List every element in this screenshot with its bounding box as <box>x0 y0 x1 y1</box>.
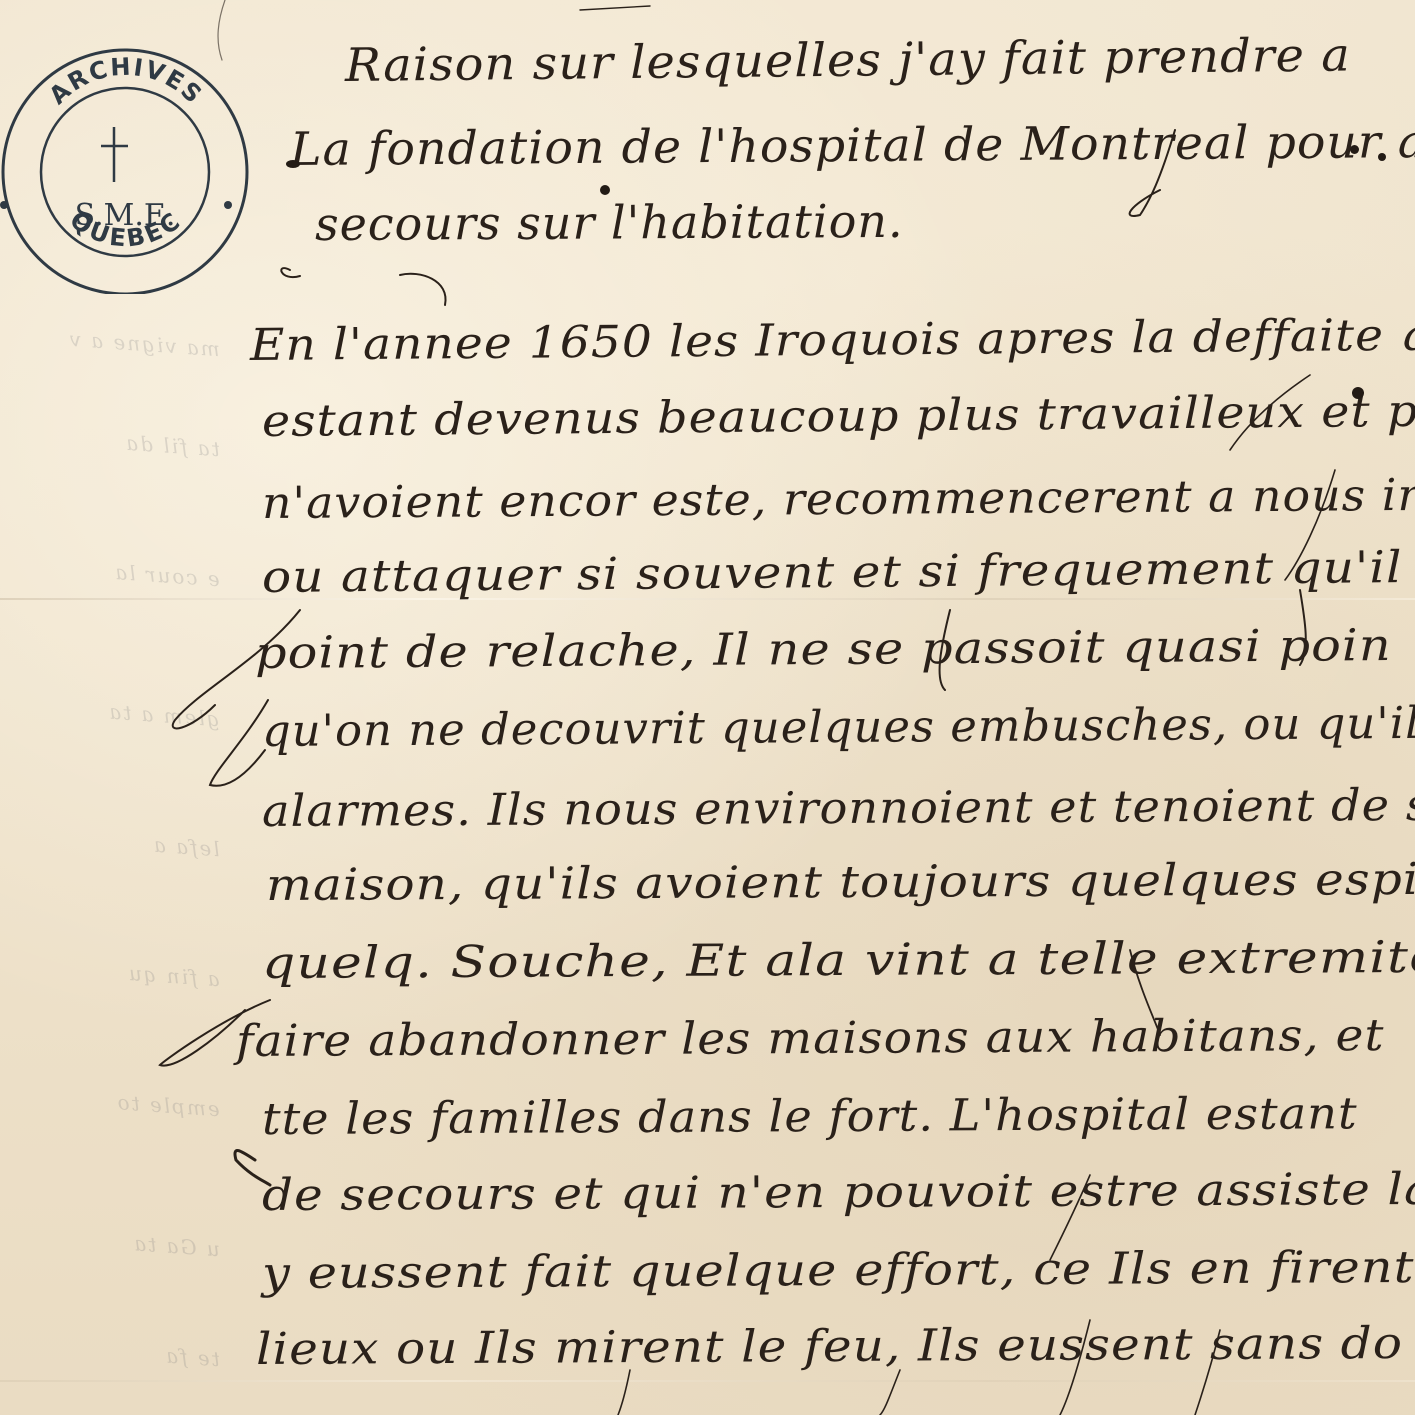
svg-text:ARCHIVES: ARCHIVES <box>44 53 209 110</box>
body-line-10: faire abandonner les maisons aux habitan… <box>236 1010 1385 1067</box>
bleed-through-text: u Ga ta <box>9 1223 220 1262</box>
cross-icon <box>101 127 128 182</box>
title-line-3: secours sur l'habitation. <box>315 194 904 251</box>
body-line-9: quelq. Souche, Et ala vint a telle extre… <box>262 932 1415 989</box>
body-line-2: estant devenus beaucoup plus travailleux… <box>262 385 1415 447</box>
manuscript-page: ma vigne a v ta fil da e cour la glem a … <box>0 0 1415 1415</box>
body-line-3: n'avoient encor este, recommencerent a n… <box>262 469 1415 529</box>
title-line-1: Raison sur lesquelles j'ay fait prendre … <box>345 27 1351 92</box>
body-line-6: qu'on ne decouvrit quelques embusches, o… <box>262 698 1415 757</box>
bleed-through-text: te fa <box>9 1333 220 1372</box>
ink-blot <box>1378 153 1386 161</box>
title-line-2: La fondation de l'hospital de Montreal p… <box>290 114 1415 176</box>
bleed-through-text: ma vigne a v <box>9 323 220 362</box>
body-line-8: maison, qu'ils avoient toujours quelques… <box>266 853 1415 911</box>
ink-blot <box>600 185 610 195</box>
bleed-through-text: glem a ta <box>9 693 220 732</box>
bleed-through-text: ta fil da <box>9 423 220 462</box>
ink-blot <box>1352 387 1364 399</box>
bleed-through-text: e cour la <box>9 553 220 592</box>
body-line-13: y eussent fait quelque effort, ce Ils en… <box>262 1242 1415 1299</box>
body-line-5: point de relache, Il ne se passoit quasi… <box>255 620 1392 679</box>
body-line-7: alarmes. Ils nous environnoient et tenoi… <box>262 780 1415 837</box>
ink-blot <box>1350 145 1359 154</box>
ink-blot <box>286 160 300 168</box>
body-line-1: En l'annee 1650 les Iroquois apres la de… <box>250 309 1415 371</box>
body-line-4: ou attaquer si souvent et si frequement … <box>262 542 1403 603</box>
body-line-14: lieux ou Ils mirent le feu, Ils eussent … <box>256 1318 1403 1375</box>
archives-stamp: ARCHIVES QUEBEC S.M.E. <box>0 32 250 294</box>
bleed-through-text: lefa a <box>9 823 220 862</box>
bleed-through-text: a fin qu <box>9 953 220 992</box>
body-line-11: tte les familles dans le fort. L'hospita… <box>262 1088 1358 1145</box>
svg-text:S.M.E.: S.M.E. <box>75 198 176 233</box>
body-line-12: de secours et qui n'en pouvoit estre ass… <box>262 1164 1415 1221</box>
paper-fold-line <box>0 1380 1415 1382</box>
bleed-through-text: emple to <box>9 1083 220 1122</box>
